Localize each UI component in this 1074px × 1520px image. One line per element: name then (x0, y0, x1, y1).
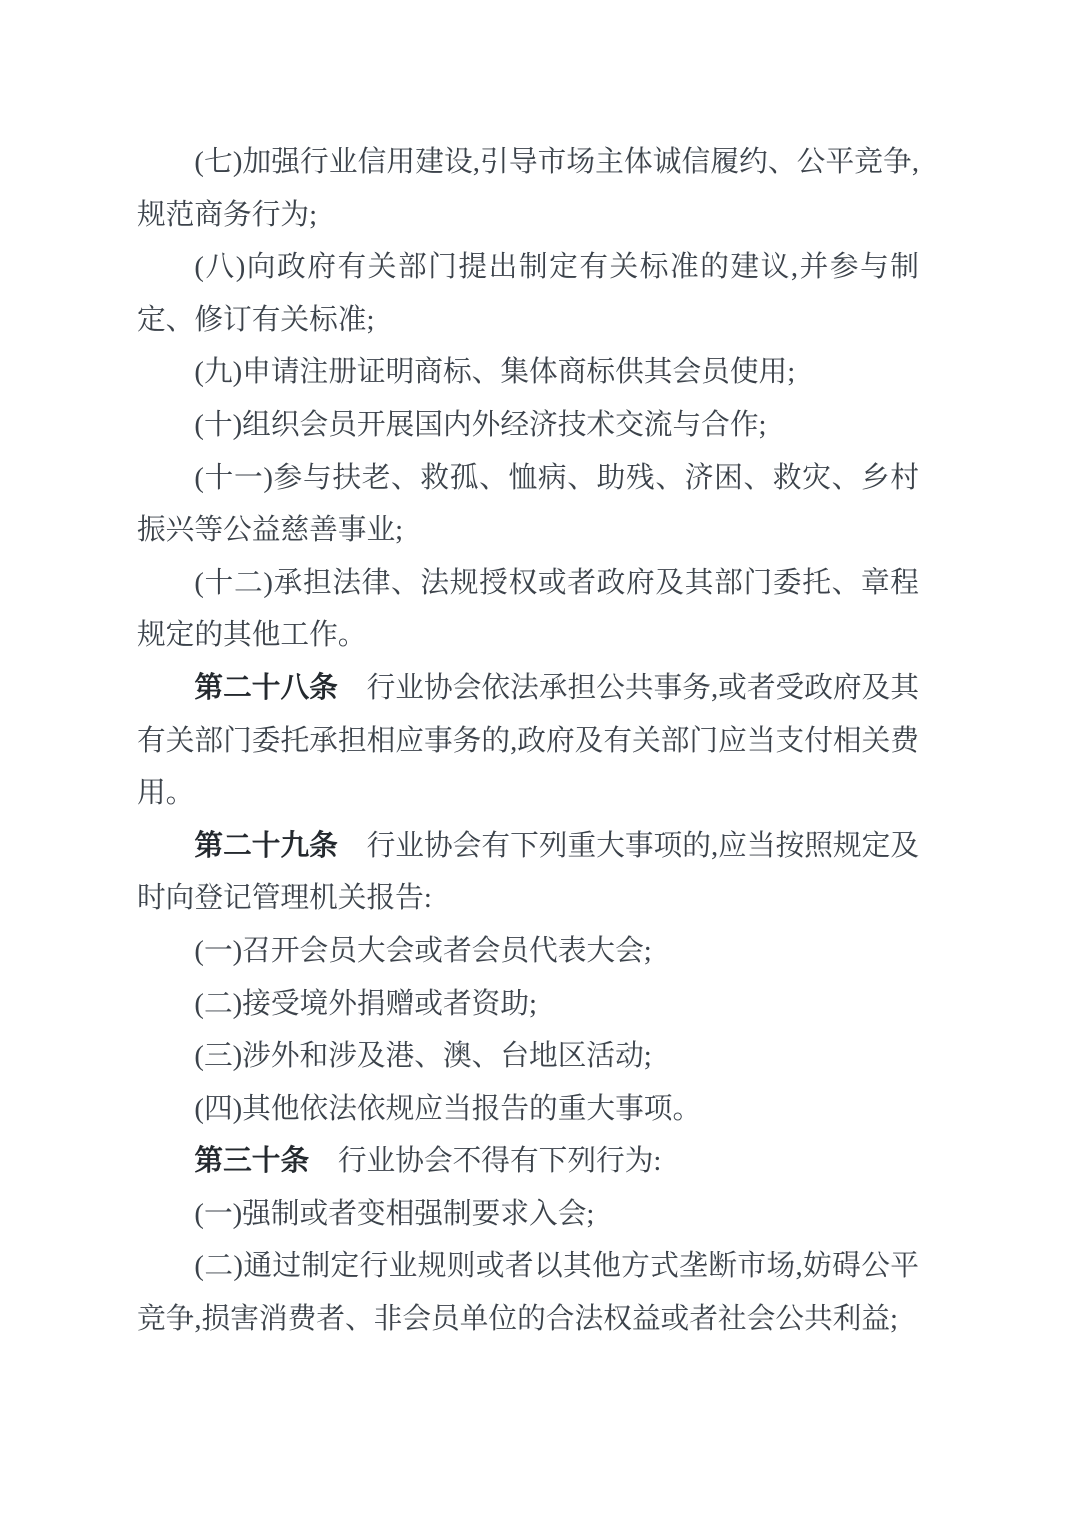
paragraph: (二)通过制定行业规则或者以其他方式垄断市场,妨碍公平竞争,损害消费者、非会员单… (137, 1240, 919, 1345)
paragraph-text: (八)向政府有关部门提出制定有关标准的建议,并参与制定、修订有关标准; (137, 251, 919, 336)
paragraph-text: (四)其他依法依规应当报告的重大事项。 (194, 1093, 701, 1125)
paragraph: (二)接受境外捐赠或者资助; (137, 978, 919, 1031)
paragraph: 第二十八条行业协会依法承担公共事务,或者受政府及其有关部门委托承担相应事务的,政… (137, 662, 919, 820)
paragraph: (七)加强行业信用建设,引导市场主体诚信履约、公平竞争,规范商务行为; (137, 136, 919, 241)
document-body: (七)加强行业信用建设,引导市场主体诚信履约、公平竞争,规范商务行为; (八)向… (137, 136, 919, 1346)
paragraph: (四)其他依法依规应当报告的重大事项。 (137, 1083, 919, 1136)
paragraph-text: (七)加强行业信用建设,引导市场主体诚信履约、公平竞争,规范商务行为; (137, 146, 919, 231)
paragraph: 第三十条行业协会不得有下列行为: (137, 1135, 919, 1188)
paragraph-text: (十)组织会员开展国内外经济技术交流与合作; (194, 409, 766, 441)
paragraph: (九)申请注册证明商标、集体商标供其会员使用; (137, 346, 919, 399)
paragraph-text: (十一)参与扶老、救孤、恤病、助残、济困、救灾、乡村振兴等公益慈善事业; (137, 462, 919, 547)
article-number: 第二十八条 (194, 672, 338, 704)
article-number: 第二十九条 (194, 830, 338, 862)
paragraph: (八)向政府有关部门提出制定有关标准的建议,并参与制定、修订有关标准; (137, 241, 919, 346)
document-page: (七)加强行业信用建设,引导市场主体诚信履约、公平竞争,规范商务行为; (八)向… (0, 0, 1074, 1520)
paragraph: 第二十九条行业协会有下列重大事项的,应当按照规定及时向登记管理机关报告: (137, 820, 919, 925)
paragraph-text: (十二)承担法律、法规授权或者政府及其部门委托、章程规定的其他工作。 (137, 567, 919, 652)
paragraph: (一)召开会员大会或者会员代表大会; (137, 925, 919, 978)
paragraph-text: (一)强制或者变相强制要求入会; (194, 1198, 594, 1230)
paragraph: (一)强制或者变相强制要求入会; (137, 1188, 919, 1241)
paragraph-text: 行业协会不得有下列行为: (338, 1145, 662, 1177)
paragraph: (三)涉外和涉及港、澳、台地区活动; (137, 1030, 919, 1083)
paragraph-text: (二)通过制定行业规则或者以其他方式垄断市场,妨碍公平竞争,损害消费者、非会员单… (137, 1250, 919, 1335)
paragraph-text: (三)涉外和涉及港、澳、台地区活动; (194, 1040, 651, 1072)
paragraph-text: (一)召开会员大会或者会员代表大会; (194, 935, 651, 967)
article-number: 第三十条 (194, 1145, 309, 1177)
paragraph-text: (二)接受境外捐赠或者资助; (194, 988, 537, 1020)
paragraph: (十二)承担法律、法规授权或者政府及其部门委托、章程规定的其他工作。 (137, 557, 919, 662)
paragraph-text: (九)申请注册证明商标、集体商标供其会员使用; (194, 356, 795, 388)
paragraph: (十一)参与扶老、救孤、恤病、助残、济困、救灾、乡村振兴等公益慈善事业; (137, 452, 919, 557)
paragraph: (十)组织会员开展国内外经济技术交流与合作; (137, 399, 919, 452)
